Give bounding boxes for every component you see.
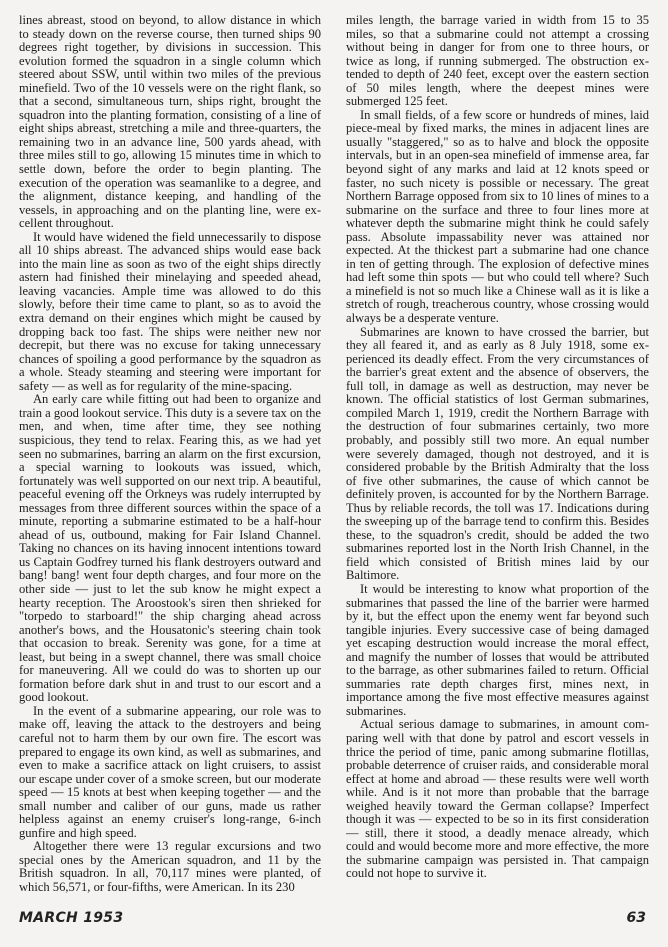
paragraph: Actual serious damage to submarines, in … [346, 718, 649, 881]
magazine-page: lines abreast, stood on beyond, to allow… [0, 0, 668, 947]
paragraph: In the event of a submarine appearing, o… [19, 705, 321, 840]
paragraph: lines abreast, stood on beyond, to allow… [19, 14, 321, 231]
paragraph: miles length, the barrage varied in widt… [346, 14, 649, 109]
paragraph: Submarines are known to have crossed the… [346, 326, 649, 583]
right-column: miles length, the barrage varied in widt… [346, 14, 649, 881]
issue-date-footer: MARCH 1953 [19, 910, 123, 926]
paragraph: It would be interesting to know what pro… [346, 583, 649, 718]
left-column: lines abreast, stood on beyond, to allow… [19, 14, 321, 895]
paragraph: In small fields, of a few score or hundr… [346, 109, 649, 326]
paragraph: An early care while fitting out had been… [19, 393, 321, 705]
paragraph: Altogether there were 13 regular excursi… [19, 840, 321, 894]
paragraph: It would have widened the field unnecess… [19, 231, 321, 394]
page-number: 63 [627, 910, 646, 926]
